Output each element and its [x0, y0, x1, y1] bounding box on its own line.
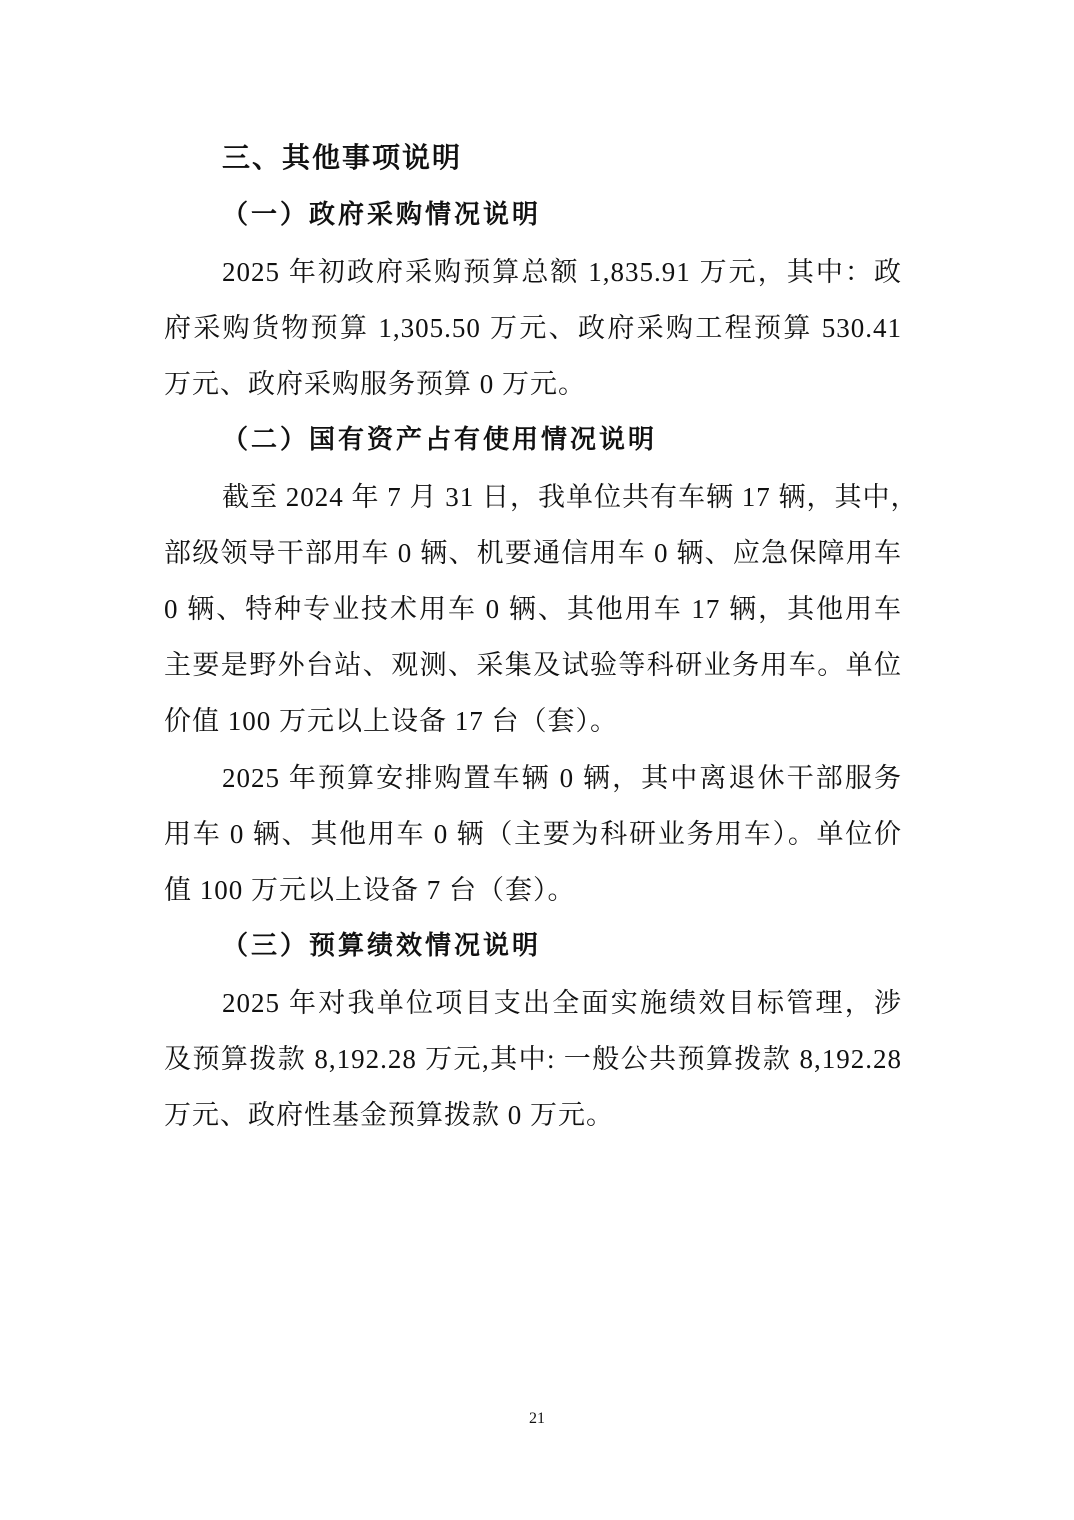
paragraph-line: 府采购货物预算 1,305.50 万元、政府采购工程预算 530.41	[164, 308, 902, 348]
paragraph-line: 万元、政府性基金预算拨款 0 万元。	[164, 1095, 902, 1135]
page-number: 21	[0, 1410, 1074, 1428]
paragraph-line: 值 100 万元以上设备 7 台（套）。	[164, 870, 902, 910]
paragraph-line: 2025 年预算安排购置车辆 0 辆，其中离退休干部服务	[222, 758, 902, 798]
paragraph-line: 2025 年初政府采购预算总额 1,835.91 万元，其中：政	[222, 252, 902, 292]
paragraph-line: 价值 100 万元以上设备 17 台（套）。	[164, 701, 902, 741]
paragraph-line: 2025 年对我单位项目支出全面实施绩效目标管理，涉	[222, 983, 902, 1023]
subsection-title-performance: （三）预算绩效情况说明	[222, 926, 541, 966]
subsection-title-procurement: （一）政府采购情况说明	[222, 195, 541, 235]
paragraph-line: 万元、政府采购服务预算 0 万元。	[164, 364, 902, 404]
paragraph-line: 用车 0 辆、其他用车 0 辆（主要为科研业务用车）。单位价	[164, 814, 902, 854]
section-title: 三、其他事项说明	[222, 138, 462, 178]
paragraph-line: 主要是野外台站、观测、采集及试验等科研业务用车。单位	[164, 645, 902, 685]
paragraph-line: 截至 2024 年 7 月 31 日，我单位共有车辆 17 辆，其中，	[222, 477, 902, 517]
document-page: 三、其他事项说明 （一）政府采购情况说明 2025 年初政府采购预算总额 1,8…	[0, 0, 1074, 1520]
paragraph-line: 0 辆、特种专业技术用车 0 辆、其他用车 17 辆，其他用车	[164, 589, 902, 629]
paragraph-line: 及预算拨款 8,192.28 万元,其中: 一般公共预算拨款 8,192.28	[164, 1039, 902, 1079]
paragraph-line: 部级领导干部用车 0 辆、机要通信用车 0 辆、应急保障用车	[164, 533, 902, 573]
subsection-title-assets: （二）国有资产占有使用情况说明	[222, 420, 657, 460]
